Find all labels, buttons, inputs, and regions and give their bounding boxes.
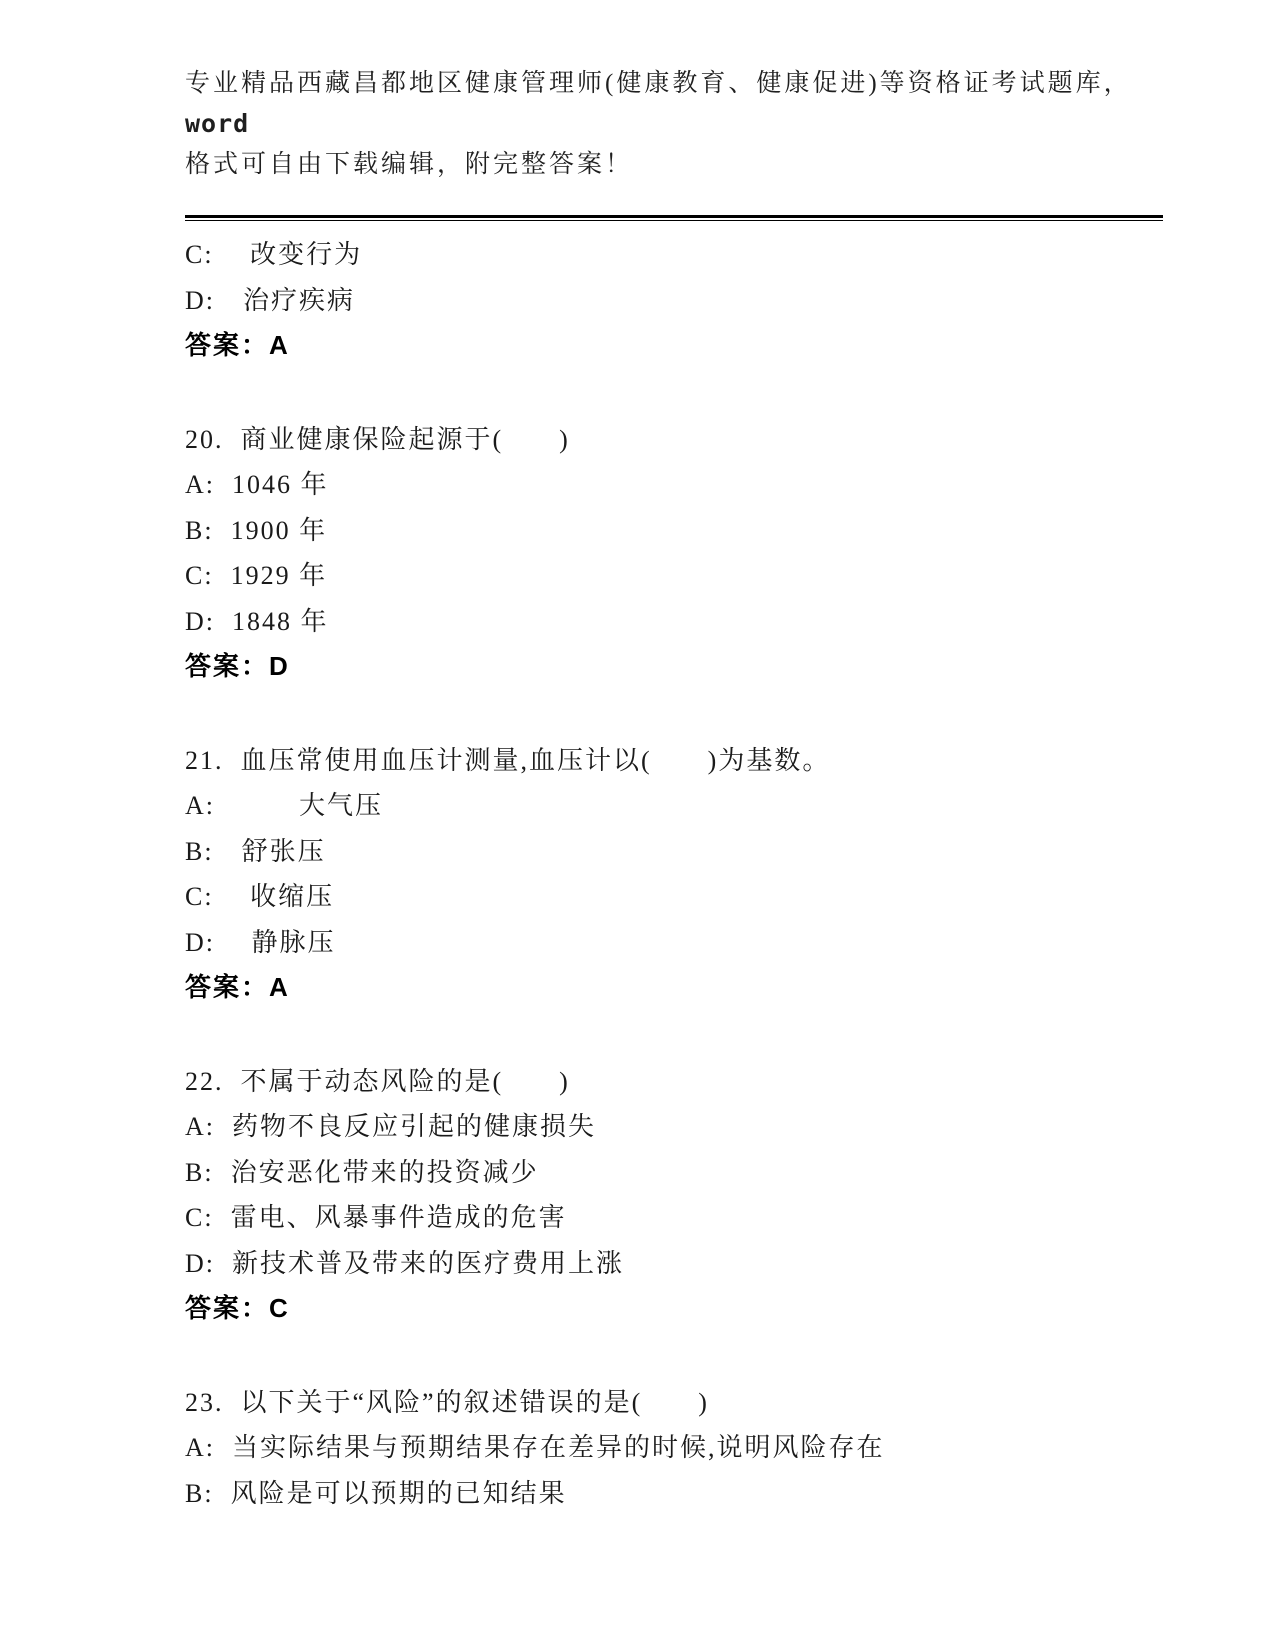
option-line: A: 1046 年 — [185, 462, 1163, 508]
question-block-19-partial: C: 改变行为 D: 治疗疾病 答案：A — [185, 232, 1163, 369]
question-stem: 20. 商业健康保险起源于( ) — [185, 417, 1163, 463]
question-block-23: 23. 以下关于“风险”的叙述错误的是( ) A: 当实际结果与预期结果存在差异… — [185, 1380, 1163, 1517]
option-line: D: 新技术普及带来的医疗费用上涨 — [185, 1241, 1163, 1287]
option-line: A: 大气压 — [185, 783, 1163, 829]
option-line: B: 舒张压 — [185, 829, 1163, 875]
question-block-20: 20. 商业健康保险起源于( ) A: 1046 年 B: 1900 年 C: … — [185, 417, 1163, 690]
answer-line: 答案：A — [185, 323, 1163, 369]
header-rule — [185, 215, 1163, 221]
header-disclaimer-text: 专业精品西藏昌都地区健康管理师(健康教育、健康促进)等资格证考试题库， — [185, 70, 1132, 97]
option-line: C: 1929 年 — [185, 553, 1163, 599]
answer-line: 答案：A — [185, 965, 1163, 1011]
page-header: 专业精品西藏昌都地区健康管理师(健康教育、健康促进)等资格证考试题库，word … — [185, 0, 1163, 185]
option-line: A: 当实际结果与预期结果存在差异的时候,说明风险存在 — [185, 1425, 1163, 1471]
option-line: D: 治疗疾病 — [185, 278, 1163, 324]
answer-line: 答案：C — [185, 1286, 1163, 1332]
option-line: C: 改变行为 — [185, 232, 1163, 278]
option-line: C: 收缩压 — [185, 874, 1163, 920]
word-format-highlight: word — [185, 109, 249, 138]
option-line: C: 雷电、风暴事件造成的危害 — [185, 1195, 1163, 1241]
question-block-22: 22. 不属于动态风险的是( ) A: 药物不良反应引起的健康损失 B: 治安恶… — [185, 1059, 1163, 1332]
exam-page: 专业精品西藏昌都地区健康管理师(健康教育、健康促进)等资格证考试题库，word … — [0, 0, 1275, 1650]
question-block-21: 21. 血压常使用血压计测量,血压计以( )为基数。 A: 大气压 B: 舒张压… — [185, 738, 1163, 1011]
option-line: D: 1848 年 — [185, 599, 1163, 645]
option-line: B: 治安恶化带来的投资减少 — [185, 1150, 1163, 1196]
option-line: B: 1900 年 — [185, 508, 1163, 554]
header-line-1: 专业精品西藏昌都地区健康管理师(健康教育、健康促进)等资格证考试题库，word — [185, 64, 1163, 145]
question-list: C: 改变行为 D: 治疗疾病 答案：A 20. 商业健康保险起源于( ) A:… — [185, 232, 1163, 1516]
question-stem: 21. 血压常使用血压计测量,血压计以( )为基数。 — [185, 738, 1163, 784]
question-stem: 23. 以下关于“风险”的叙述错误的是( ) — [185, 1380, 1163, 1426]
answer-line: 答案：D — [185, 644, 1163, 690]
option-line: D: 静脉压 — [185, 920, 1163, 966]
question-stem: 22. 不属于动态风险的是( ) — [185, 1059, 1163, 1105]
page-content: 专业精品西藏昌都地区健康管理师(健康教育、健康促进)等资格证考试题库，word … — [185, 0, 1163, 1516]
option-line: B: 风险是可以预期的已知结果 — [185, 1471, 1163, 1517]
header-line-2: 格式可自由下载编辑，附完整答案！ — [185, 145, 1163, 185]
option-line: A: 药物不良反应引起的健康损失 — [185, 1104, 1163, 1150]
